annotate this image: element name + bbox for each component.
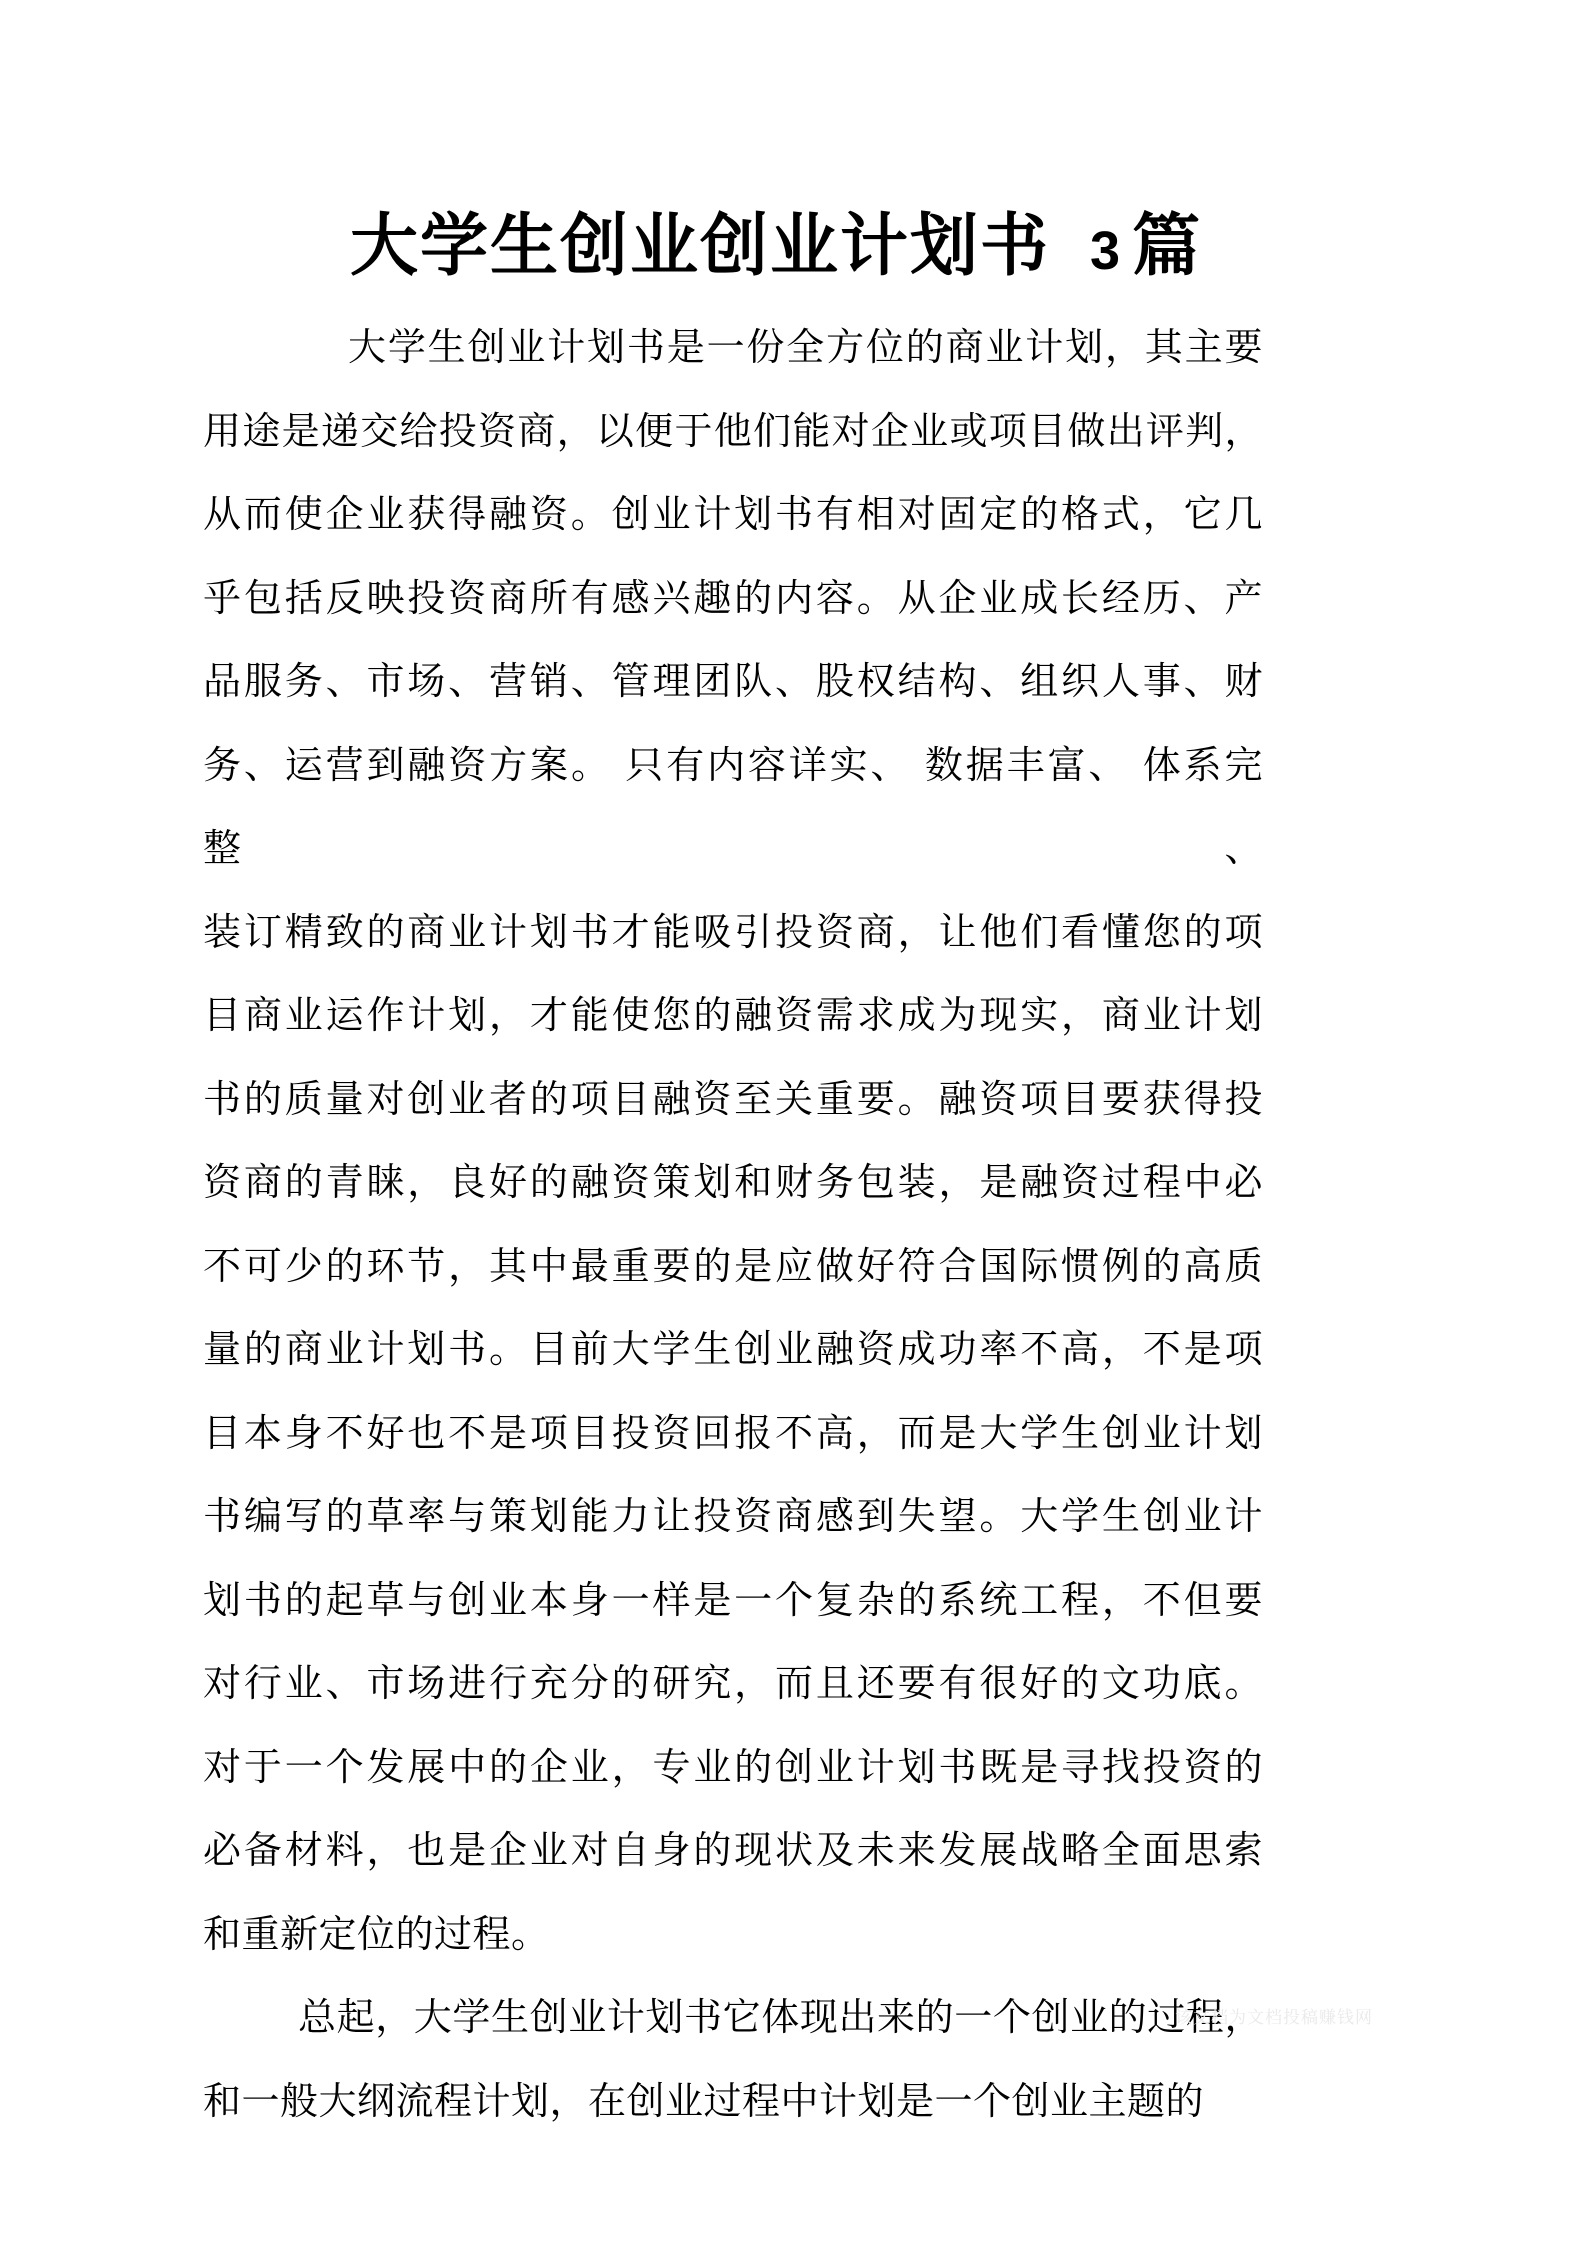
document-body: 大学生创业计划书是一份全方位的商业计划，其主要 用途是递交给投资商，以便于他们能… [203, 307, 1263, 2144]
text-line: 品服务、市场、营销、管理团队、股权结构、组织人事、财 [203, 641, 1263, 725]
text-line: 目本身不好也不是项目投资回报不高，而是大学生创业计划 [203, 1393, 1263, 1477]
text-line: 不可少的环节，其中最重要的是应做好符合国际惯例的高质 [203, 1226, 1263, 1310]
text-line: 书编写的草率与策划能力让投资商感到失望。大学生创业计 [203, 1476, 1263, 1560]
text-line: 划书的起草与创业本身一样是一个复杂的系统工程，不但要 [203, 1560, 1263, 1644]
text-line: 资商的青睐，良好的融资策划和财务包装，是融资过程中必 [203, 1142, 1263, 1226]
text-line: 和重新定位的过程。 [203, 1894, 1263, 1978]
text-line: 目商业运作计划，才能使您的融资需求成为现实，商业计划 [203, 975, 1263, 1059]
text-line: 用途是递交给投资商，以便于他们能对企业或项目做出评判， [203, 391, 1263, 475]
watermark-text: 该文档为文档投稿赚钱网 [1175, 2006, 1373, 2030]
page-title: 大学生创业创业计划书3篇 [350, 190, 1594, 307]
text-line: 对行业、市场进行充分的研究，而且还要有很好的文功底。 [203, 1643, 1263, 1727]
text-line: 从而使企业获得融资。创业计划书有相对固定的格式，它几 [203, 474, 1263, 558]
page-title-suffix: 篇 [1132, 208, 1202, 284]
text-line: 书的质量对创业者的项目融资至关重要。融资项目要获得投 [203, 1059, 1263, 1143]
text-line: 务、运营到融资方案。 只有内容详实、 数据丰富、 体系完整、 [203, 725, 1263, 892]
text-line: 量的商业计划书。目前大学生创业融资成功率不高，不是项 [203, 1309, 1263, 1393]
text-line: 对于一个发展中的企业，专业的创业计划书既是寻找投资的 [203, 1727, 1263, 1811]
text-line: 和一般大纲流程计划，在创业过程中计划是一个创业主题的 [203, 2061, 1263, 2145]
text-line: 乎包括反映投资商所有感兴趣的内容。从企业成长经历、产 [203, 558, 1263, 642]
text-line: 大学生创业计划书是一份全方位的商业计划，其主要 [203, 307, 1263, 391]
page-title-text: 大学生创业创业计划书 [350, 208, 1050, 284]
text-line: 必备材料，也是企业对自身的现状及未来发展战略全面思索 [203, 1810, 1263, 1894]
page-title-count: 3 [1090, 221, 1122, 281]
document-page: { "document": { "title": { "main": "大学生创… [0, 0, 1594, 2256]
text-line: 装订精致的商业计划书才能吸引投资商，让他们看懂您的项 [203, 892, 1263, 976]
text-line: 总起，大学生创业计划书它体现出来的一个创业的过程， [203, 1977, 1263, 2061]
